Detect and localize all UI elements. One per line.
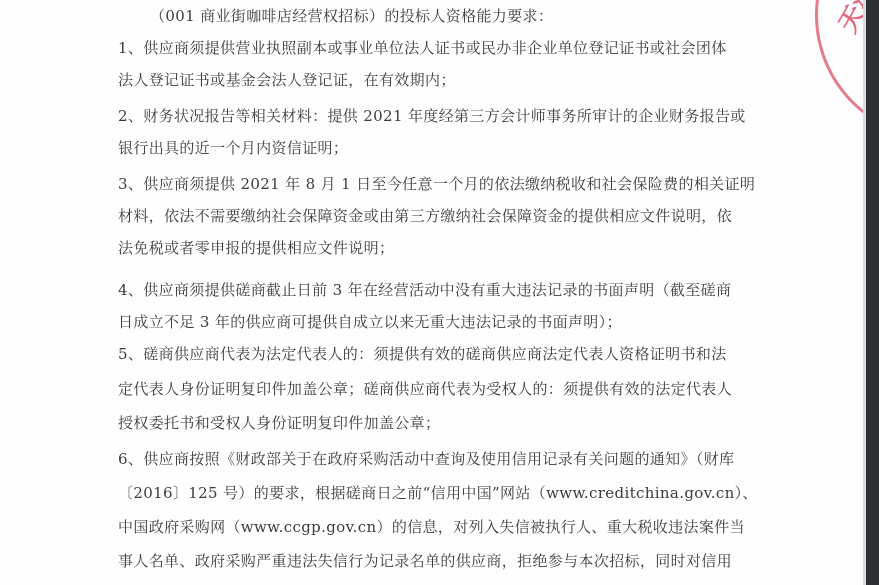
- requirement-6-line-1: 6、供应商按照《财政部关于在政府采购活动中查询及使用信用记录有关问题的通知》（财…: [118, 450, 734, 468]
- requirement-5-line-3: 授权委托书和受权人身份证明复印件加盖公章；: [118, 414, 440, 432]
- viewer-scroll-edge[interactable]: [866, 0, 879, 585]
- requirement-1-line-2: 法人登记证书或基金会法人登记证，在有效期内；: [118, 71, 456, 89]
- requirement-6-line-4: 事人名单、政府采购严重违法失信行为记录名单的供应商，拒绝参与本次招标，同时对信用: [118, 552, 732, 570]
- requirement-2-line-1: 2、财务状况报告等相关材料：提供 2021 年度经第三方会计师事务所审计的企业财…: [118, 107, 746, 125]
- requirement-4-line-2: 日成立不足 3 年的供应商可提供自成立以来无重大违法记录的书面声明）；: [118, 313, 622, 331]
- requirement-4-line-1: 4、供应商须提供磋商截止日前 3 年在经营活动中没有重大违法记录的书面声明（截至…: [118, 281, 731, 299]
- document-page: （001 商业街咖啡店经营权招标）的投标人资格能力要求： 1、供应商须提供营业执…: [0, 0, 866, 585]
- requirement-3-line-1: 3、供应商须提供 2021 年 8 月 1 日至今任意一个月的依法缴纳税收和社会…: [118, 175, 755, 193]
- requirement-6-line-3: 中国政府采购网（www.ccgp.gov.cn）的信息，对列入失信被执行人、重大…: [118, 518, 745, 536]
- requirement-3-line-2: 材料，依法不需要缴纳社会保障资金或由第三方缴纳社会保障资金的提供相应文件说明，依: [118, 207, 732, 225]
- requirement-1-line-1: 1、供应商须提供营业执照副本或事业单位法人证书或民办非企业单位登记证书或社会团体: [118, 39, 727, 57]
- requirement-3-line-3: 法免税或者零申报的提供相应文件说明；: [118, 239, 394, 257]
- requirement-6-line-2: 〔2016〕125 号）的要求，根据磋商日之前“信用中国”网站（www.cred…: [118, 484, 758, 502]
- section-heading: （001 商业街咖啡店经营权招标）的投标人资格能力要求：: [150, 7, 553, 25]
- requirement-5-line-2: 定代表人身份证明复印件加盖公章；磋商供应商代表为受权人的：须提供有效的法定代表人: [118, 380, 732, 398]
- requirement-2-line-2: 银行出具的近一个月内资信证明；: [118, 139, 348, 157]
- requirement-5-line-1: 5、磋商供应商代表为法定代表人的：须提供有效的磋商供应商法定代表人资格证明书和法: [118, 345, 727, 363]
